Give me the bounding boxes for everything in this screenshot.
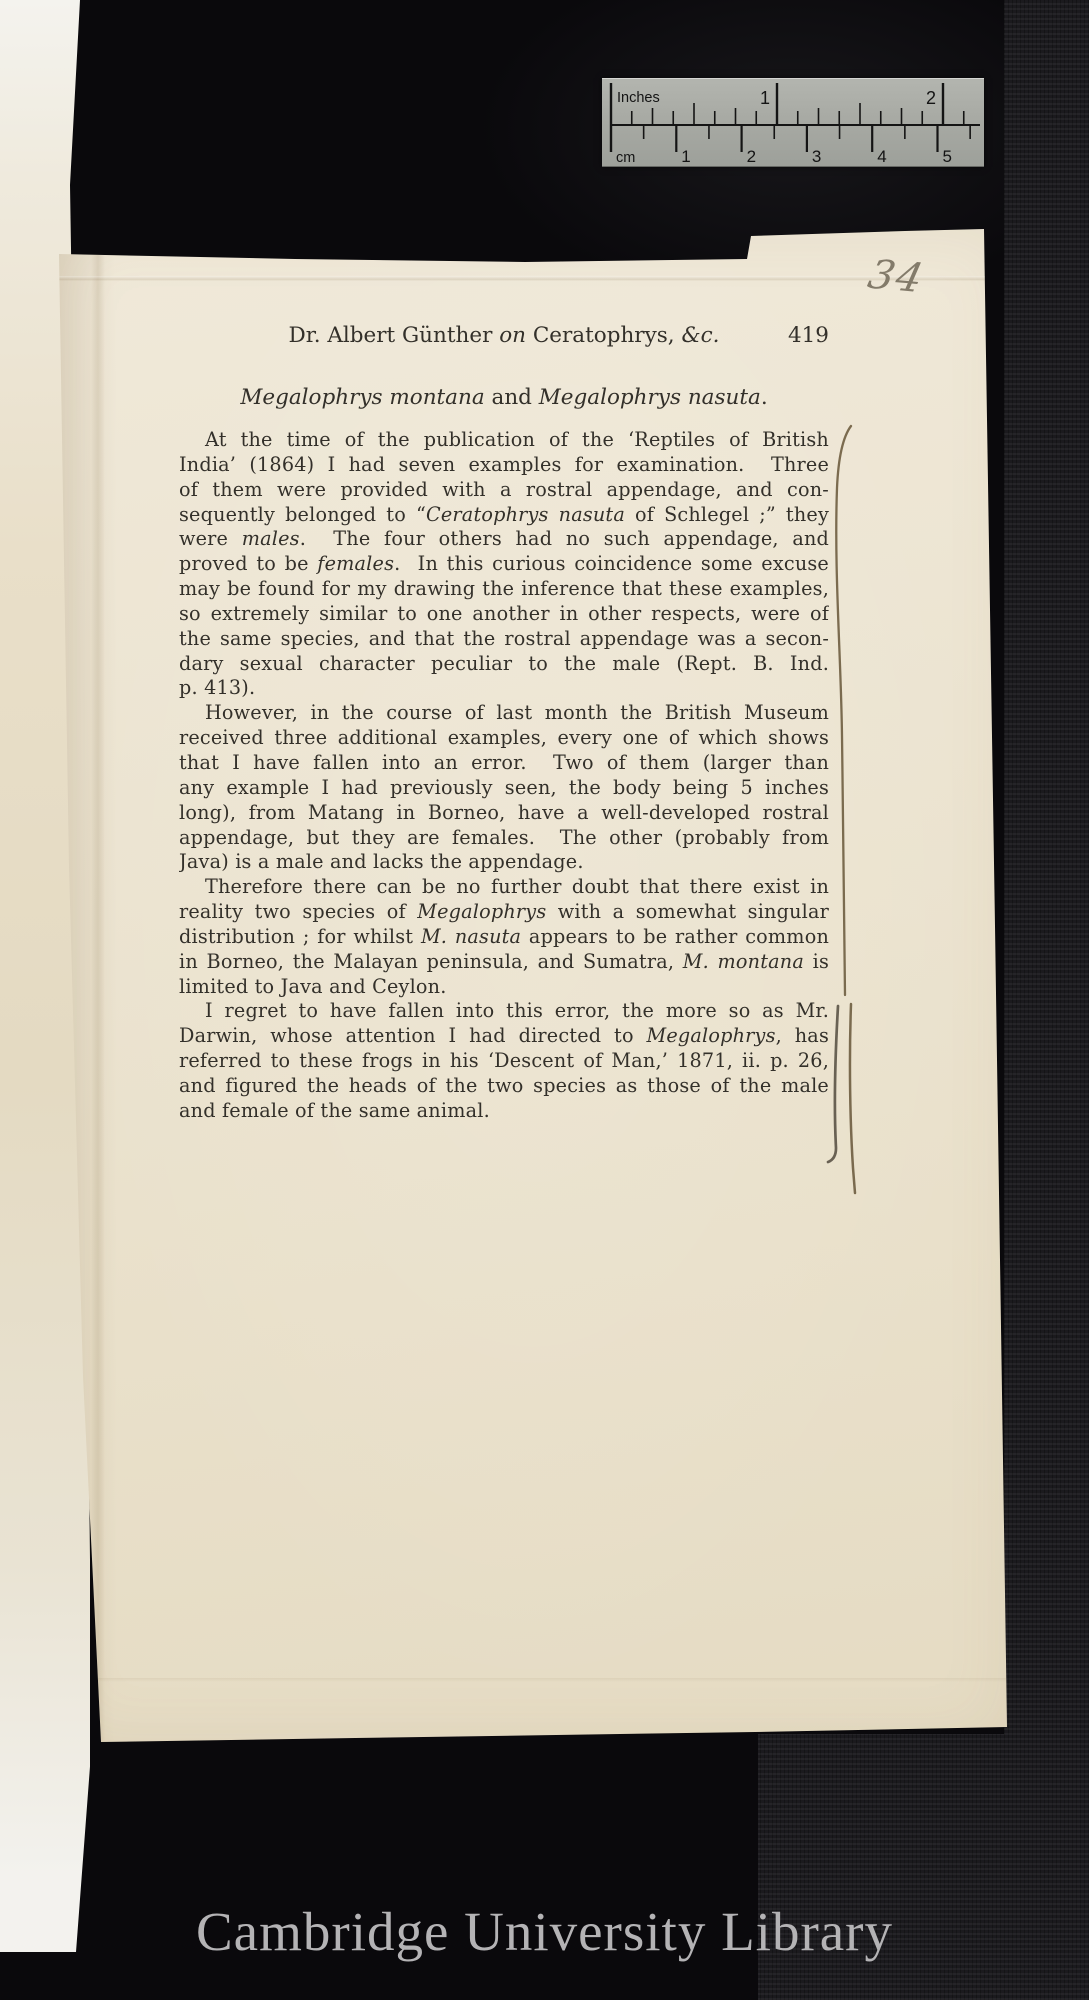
text-line: and figured the heads of the two species… (179, 1074, 829, 1099)
text-line: appendage, but they are females. The oth… (179, 826, 829, 851)
margin-line-single (836, 426, 851, 995)
ruler-scale: 1212345Inchescm (602, 78, 984, 167)
text-line: India’ (1864) I had seven examples for e… (179, 453, 829, 478)
paragraph: I regret to have fallen into this error,… (179, 999, 829, 1123)
text-line: sequently belonged to “Ceratophrys nasut… (179, 503, 829, 528)
text-line: At the time of the publication of the ‘R… (179, 428, 829, 453)
ruler-number: 3 (812, 147, 821, 166)
text-line: of them were provided with a rostral app… (179, 478, 829, 503)
scanned-page: 34 Dr. Albert Günther on Ceratophrys, &c… (55, 226, 1013, 1748)
text-line: referred to these frogs in his ‘Descent … (179, 1049, 829, 1074)
page-number: 419 (788, 323, 829, 348)
section-title: Megalophrys montana and Megalophrys nasu… (179, 385, 829, 410)
margin-line-double-left (828, 1006, 838, 1162)
text-line: Darwin, whose attention I had directed t… (179, 1024, 829, 1049)
paragraph: At the time of the publication of the ‘R… (179, 428, 829, 701)
fold-crease-vertical (91, 226, 105, 1748)
text-line: reality two species of Megalophrys with … (179, 900, 829, 925)
text-line: received three additional examples, ever… (179, 726, 829, 751)
text-line: were males. The four others had no such … (179, 527, 829, 552)
text-line: limited to Java and Ceylon. (179, 975, 829, 1000)
text-line: Therefore there can be no further doubt … (179, 875, 829, 900)
margin-line-double-right (850, 1004, 855, 1193)
text-line: long), from Matang in Borneo, have a wel… (179, 801, 829, 826)
ruler-cm-label: cm (616, 150, 635, 166)
text-line: I regret to have fallen into this error,… (179, 999, 829, 1024)
ruler-number: 5 (943, 147, 952, 166)
ruler-number: 1 (681, 147, 690, 166)
fold-crease-horizontal-bottom (55, 1678, 1013, 1682)
scan-photo: { "stage": { "watermark": "Cambridge Uni… (0, 0, 1089, 2000)
library-watermark: Cambridge University Library (0, 1896, 1089, 1976)
text-line: may be found for my drawing the inferenc… (179, 577, 829, 602)
text-line: in Borneo, the Malayan peninsula, and Su… (179, 950, 829, 975)
text-line: and female of the same animal. (179, 1099, 829, 1124)
paragraph: However, in the course of last month the… (179, 701, 829, 875)
text-line: proved to be females. In this curious co… (179, 552, 829, 577)
text-line: that I have fallen into an error. Two of… (179, 751, 829, 776)
measurement-ruler: 1212345Inchescm (602, 78, 984, 167)
text-line: However, in the course of last month the… (179, 701, 829, 726)
running-header: Dr. Albert Günther on Ceratophrys, &c. 4… (179, 323, 829, 351)
text-line: so extremely similar to one another in o… (179, 602, 829, 627)
ruler-number: 2 (747, 147, 756, 166)
text-line: p. 413). (179, 676, 829, 701)
text-line: the same species, and that the rostral a… (179, 627, 829, 652)
ruler-number: 4 (877, 147, 886, 166)
ruler-inches-label: Inches (617, 90, 660, 106)
text-line: dary sexual character peculiar to the ma… (179, 652, 829, 677)
text-line: distribution ; for whilst M. nasuta appe… (179, 925, 829, 950)
ruler-number: 2 (926, 88, 936, 108)
ruler-number: 1 (760, 88, 770, 108)
paragraph: Therefore there can be no further doubt … (179, 875, 829, 999)
handwritten-folio: 34 (864, 252, 929, 302)
text-line: Java) is a male and lacks the appendage. (179, 850, 829, 875)
header-text: Dr. Albert Günther on Ceratophrys, &c. (289, 323, 720, 348)
text-line: any example I had previously seen, the b… (179, 776, 829, 801)
body-text: At the time of the publication of the ‘R… (179, 428, 829, 1124)
